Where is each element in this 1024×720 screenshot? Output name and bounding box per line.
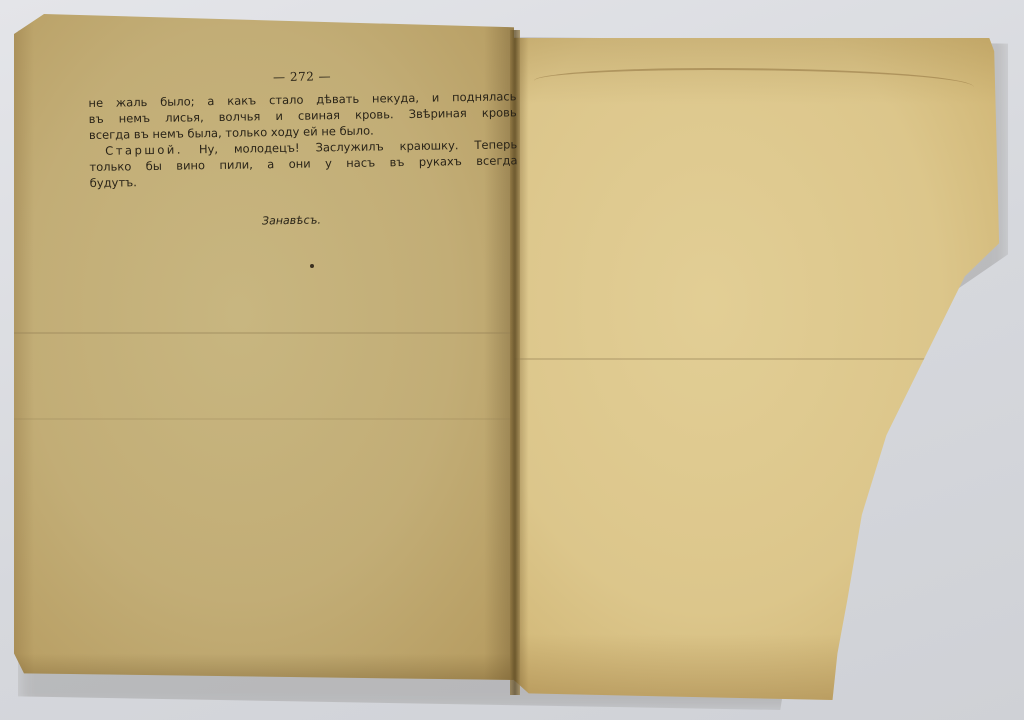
page-fold-crease [14,332,514,334]
page-fold-crease [14,418,514,420]
water-stain [534,68,974,100]
ink-speck [310,264,314,268]
page-text: — 272 — не жаль было; а какъ стало дѣват… [88,65,518,191]
speaker-name: Старшой. [105,143,183,158]
stage-direction: Занавѣсъ. [262,214,321,228]
